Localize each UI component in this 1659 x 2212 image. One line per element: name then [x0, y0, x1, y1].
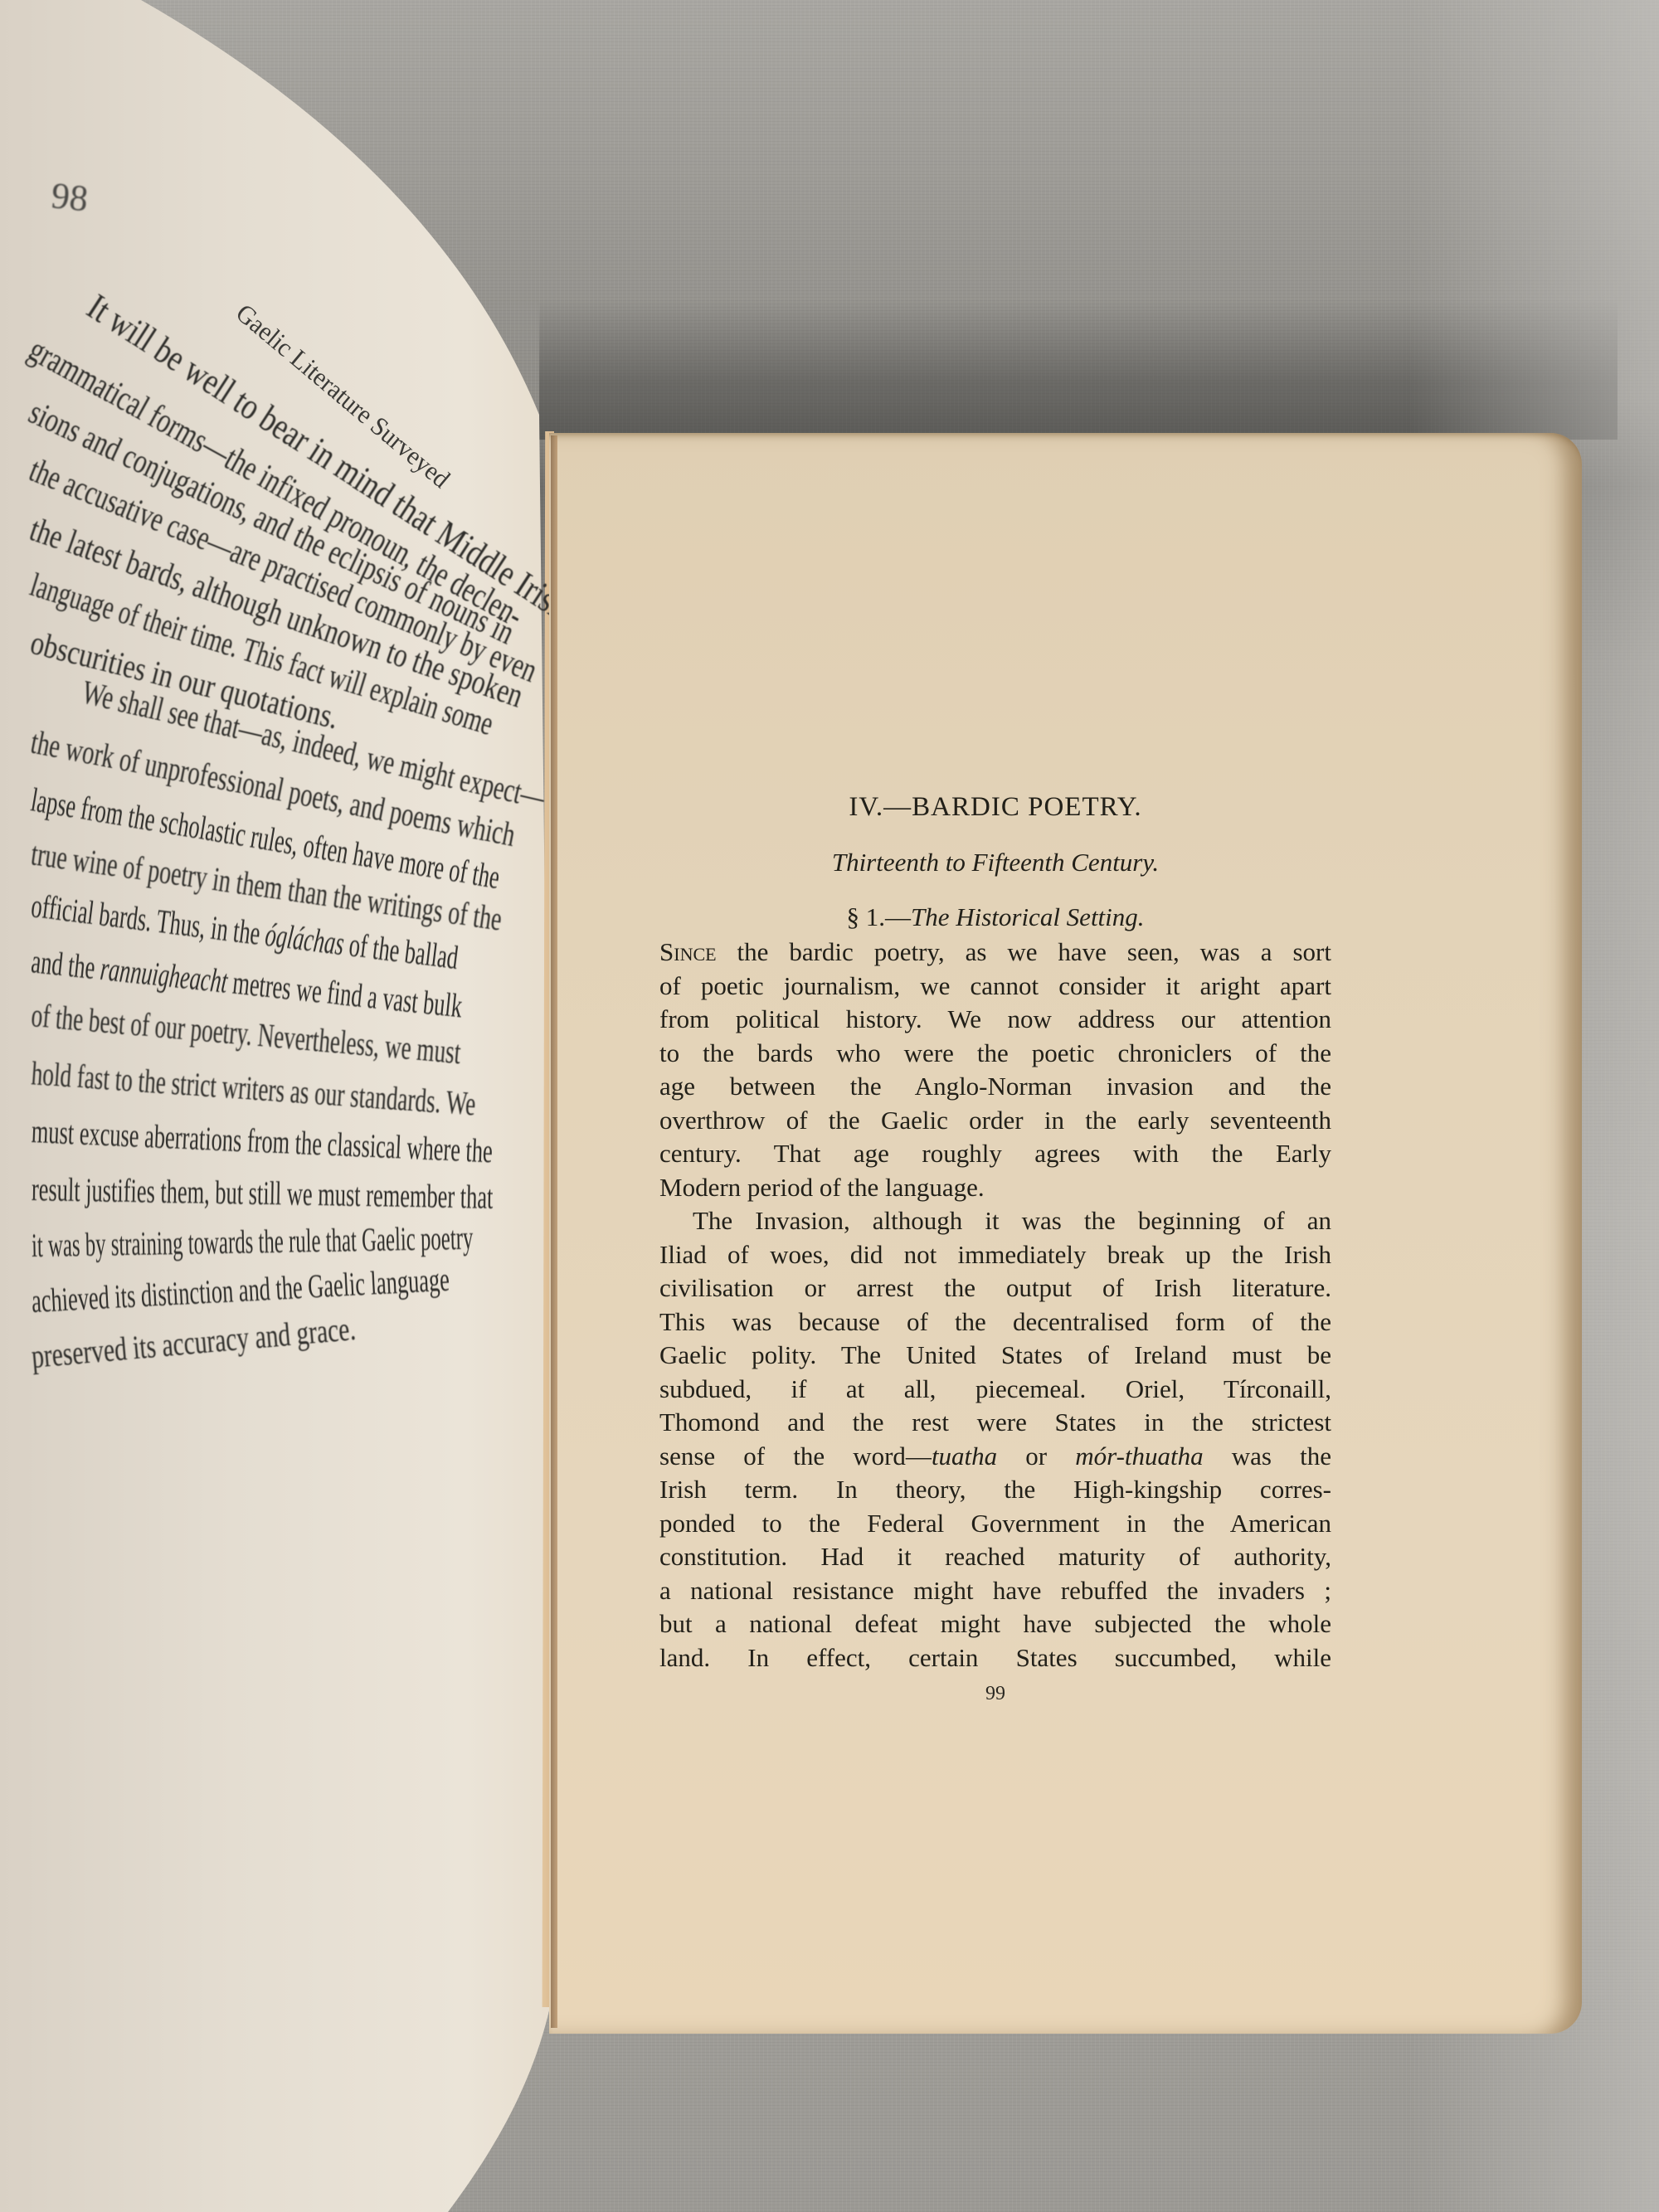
left-line-text: of the ballad — [342, 925, 460, 976]
body-line: from political history. We now address o… — [659, 1003, 1331, 1037]
body-line: to the bards who were the poetic chronic… — [659, 1037, 1331, 1071]
body-line: of poetic journalism, we cannot consider… — [659, 970, 1331, 1004]
body-line: The Invasion, although it was the beginn… — [659, 1204, 1331, 1238]
paragraph-2: The Invasion, although it was the beginn… — [659, 1204, 1331, 1675]
left-line: result justifies them, but still we must… — [32, 1169, 494, 1217]
body-line: overthrow of the Gaelic order in the ear… — [659, 1104, 1331, 1138]
right-page-number: 99 — [659, 1683, 1331, 1705]
body-line: age between the Anglo-Norman invasion an… — [659, 1070, 1331, 1104]
left-line: preserved its accuracy and grace. — [30, 1309, 358, 1376]
body-line: Thomond and the rest were States in the … — [659, 1406, 1331, 1440]
left-page-number: 98 — [49, 174, 90, 220]
right-page-text: IV.—BARDIC POETRY. Thirteenth to Fifteen… — [659, 792, 1331, 1705]
body-line: a national resistance might have rebuffe… — [659, 1574, 1331, 1608]
left-line-italic: rannuigheacht — [99, 950, 230, 1000]
body-text: or — [997, 1441, 1075, 1471]
left-page-text: 98 Gaelic Literature Surveyed It will be… — [0, 0, 581, 2212]
body-line: subdued, if at all, piecemeal. Oriel, Tí… — [659, 1373, 1331, 1407]
left-line: must excuse aberrations from the classic… — [31, 1111, 494, 1170]
left-line: it was by straining towards the rule tha… — [32, 1218, 474, 1265]
left-line-italic: ógláchas — [263, 916, 346, 962]
body-line: Irish term. In theory, the High-kingship… — [659, 1473, 1331, 1507]
body-line: century. That age roughly agrees with th… — [659, 1137, 1331, 1171]
book-gutter — [551, 435, 557, 2028]
body-line: land. In effect, certain States succumbe… — [659, 1641, 1331, 1675]
chapter-title: IV.—BARDIC POETRY. — [659, 792, 1331, 823]
body-line: sense of the word—tuatha or mór-thuatha … — [659, 1440, 1331, 1474]
irish-term: mór-thuatha — [1075, 1441, 1203, 1471]
body-line: Modern period of the language. — [659, 1171, 1331, 1205]
body-line: Since the bardic poetry, as we have seen… — [659, 936, 1331, 970]
left-line-text: and the — [30, 942, 103, 986]
drop-word: Since — [659, 937, 717, 966]
chapter-subtitle: Thirteenth to Fifteenth Century. — [659, 848, 1331, 878]
body-line: ponded to the Federal Government in the … — [659, 1507, 1331, 1541]
irish-term: tuatha — [932, 1441, 997, 1471]
section-number: § 1.— — [846, 902, 911, 931]
body-text: the bardic poetry, as we have seen, was … — [717, 937, 1331, 966]
section-title: The Historical Setting. — [911, 902, 1145, 931]
body-line: constitution. Had it reached maturity of… — [659, 1540, 1331, 1574]
body-line: civilisation or arrest the output of Iri… — [659, 1271, 1331, 1305]
paragraph-1: Since the bardic poetry, as we have seen… — [659, 936, 1331, 1204]
body-text: sense of the word— — [659, 1441, 932, 1471]
body-line: but a national defeat might have subject… — [659, 1607, 1331, 1641]
section-heading: § 1.—The Historical Setting. — [659, 902, 1331, 932]
left-line: achieved its distinction and the Gaelic … — [31, 1260, 450, 1320]
body-line: Gaelic polity. The United States of Irel… — [659, 1339, 1331, 1373]
body-text: was the — [1204, 1441, 1331, 1471]
body-line: This was because of the decentralised fo… — [659, 1305, 1331, 1339]
body-line: Iliad of woes, did not immediately break… — [659, 1238, 1331, 1272]
